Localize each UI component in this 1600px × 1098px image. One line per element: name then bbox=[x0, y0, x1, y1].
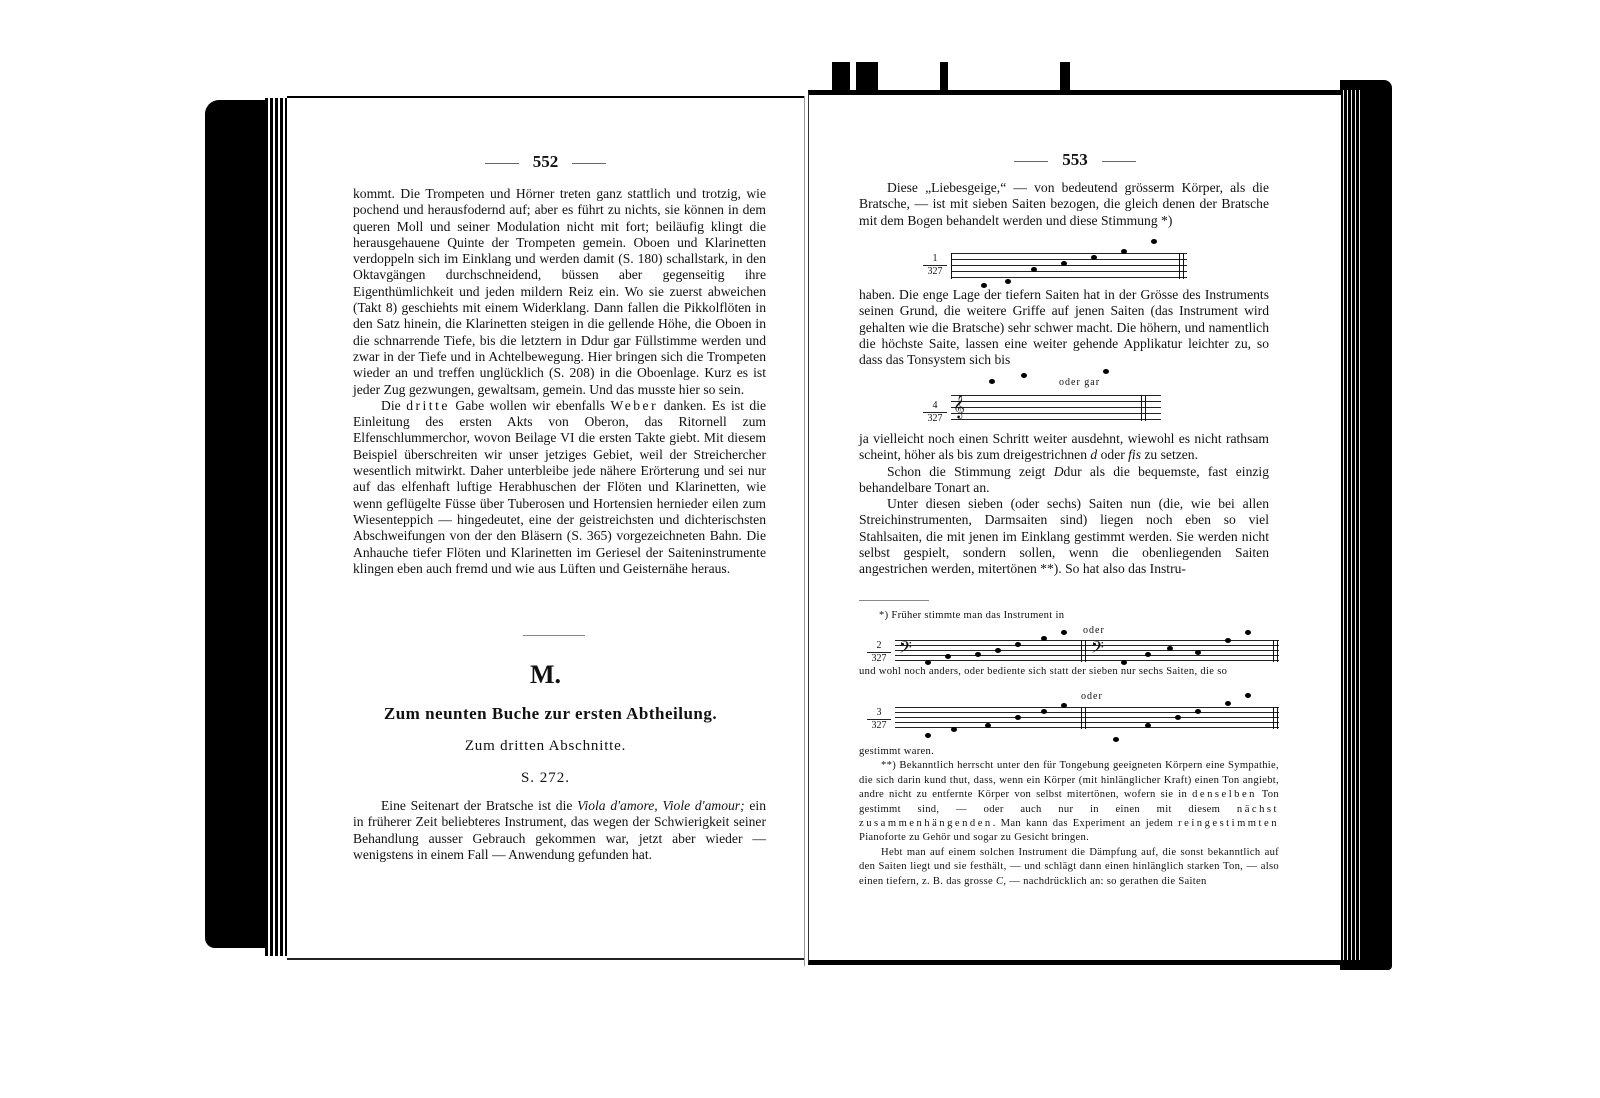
footnote-2: **) Bekanntlich herrscht unter den für T… bbox=[859, 759, 1279, 845]
bass-clef-icon: 𝄢 bbox=[899, 640, 912, 660]
paragraph: Eine Seitenart der Bratsche ist die Viol… bbox=[353, 798, 766, 863]
page-edges-right bbox=[1340, 90, 1360, 960]
example-number: 4327 bbox=[923, 400, 947, 424]
paragraph: ja vielleicht noch einen Schritt weiter … bbox=[859, 431, 1269, 464]
right-para-2: haben. Die enge Lage der tiefern Saiten … bbox=[859, 287, 1269, 368]
right-page: 553 Diese „Liebesgeige,“ — von bedeutend… bbox=[808, 90, 1341, 965]
page-number-right: 553 bbox=[809, 150, 1341, 170]
music-staff-example-3 bbox=[895, 707, 1279, 729]
example-label: oder bbox=[1081, 691, 1103, 702]
footnote-1-mid: und wohl noch anders, oder bediente sich… bbox=[859, 665, 1279, 679]
example-number: 2327 bbox=[867, 640, 891, 664]
right-para-3: ja vielleicht noch einen Schritt weiter … bbox=[859, 431, 1269, 578]
section-subtitle: Zum dritten Abschnitte. bbox=[287, 738, 804, 755]
music-staff-example-1 bbox=[951, 253, 1187, 279]
example-label: oder gar bbox=[1059, 377, 1100, 388]
music-staff-example-2: 𝄢 𝄢 bbox=[895, 640, 1279, 662]
page-edges-left bbox=[265, 98, 287, 956]
footnote-1-intro: *) Früher stimmte man das Instrument in bbox=[879, 609, 1259, 623]
header-rule bbox=[1102, 161, 1136, 162]
footnote-3: Hebt man auf einem solchen Instrument di… bbox=[859, 846, 1279, 889]
section-reference: S. 272. bbox=[287, 770, 804, 787]
left-page: 552 kommt. Die Trompeten und Hörner tret… bbox=[287, 96, 804, 960]
example-label: oder bbox=[1083, 625, 1105, 636]
footnote-1-end: gestimmt waren. bbox=[859, 745, 1279, 759]
paragraph: Unter diesen sieben (oder sechs) Saiten … bbox=[859, 496, 1269, 577]
header-rule bbox=[485, 163, 519, 164]
footnote-area: gestimmt waren. **) Bekanntlich herrscht… bbox=[859, 745, 1279, 889]
left-body-text: kommt. Die Trompeten und Hörner treten g… bbox=[353, 186, 766, 577]
section-divider bbox=[523, 635, 585, 636]
header-rule bbox=[572, 163, 606, 164]
example-number: 1327 bbox=[923, 253, 947, 277]
section-letter: M. bbox=[287, 660, 804, 690]
paragraph: Die dritte Gabe wollen wir ebenfalls Web… bbox=[353, 398, 766, 577]
footnote-rule bbox=[859, 600, 929, 601]
page-number-left: 552 bbox=[287, 152, 804, 172]
left-final-text: Eine Seitenart der Bratsche ist die Viol… bbox=[353, 798, 766, 863]
paragraph: Diese „Liebesgeige,“ — von bedeutend grö… bbox=[859, 180, 1269, 229]
paragraph: haben. Die enge Lage der tiefern Saiten … bbox=[859, 287, 1269, 368]
paragraph: Schon die Stimmung zeigt Ddur als die be… bbox=[859, 464, 1269, 497]
bass-clef-icon: 𝄢 bbox=[1091, 640, 1104, 660]
section-title: Zum neunten Buche zur ersten Abtheilung. bbox=[327, 704, 774, 724]
example-number: 3327 bbox=[867, 707, 891, 731]
paragraph: kommt. Die Trompeten und Hörner treten g… bbox=[353, 186, 766, 398]
music-staff-example-4: 𝄞 bbox=[951, 395, 1161, 421]
right-para-1: Diese „Liebesgeige,“ — von bedeutend grö… bbox=[859, 180, 1269, 229]
header-rule bbox=[1014, 161, 1048, 162]
treble-clef-icon: 𝄞 bbox=[953, 397, 965, 417]
